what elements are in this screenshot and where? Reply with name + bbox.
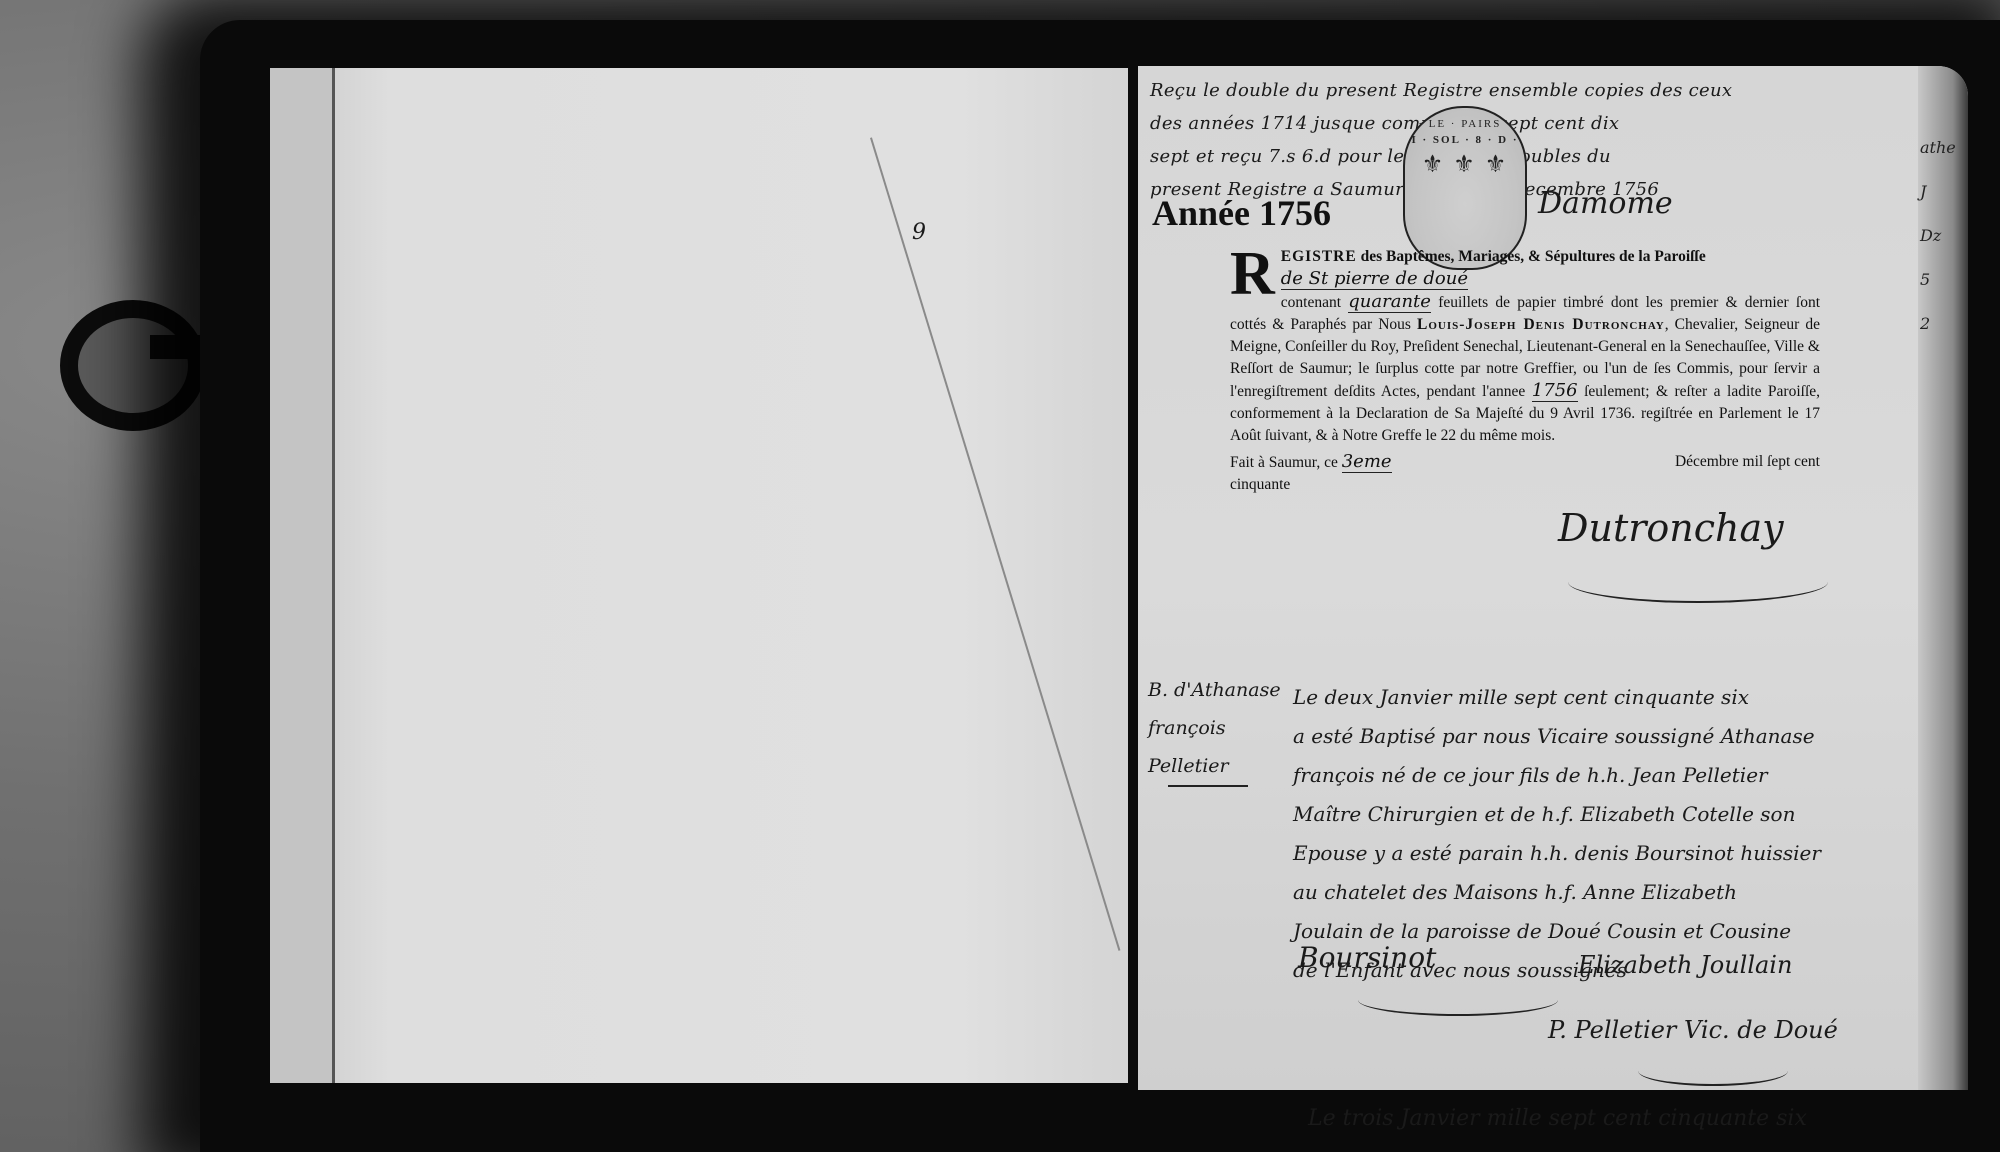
- left-page: 9: [270, 68, 1130, 1083]
- fragment: 5: [1920, 258, 1956, 302]
- priest-signature: P. Pelletier Vic. de Doué: [1548, 1016, 1838, 1044]
- margin-line: françois Pelletier: [1148, 709, 1293, 785]
- priest-flourish: [1638, 1056, 1788, 1086]
- year-heading: Année 1756: [1152, 192, 1331, 234]
- gutter: [1128, 60, 1138, 1090]
- year-label: Année: [1152, 193, 1250, 233]
- year-value: 1756: [1259, 193, 1331, 233]
- month-label: Décembre mil ſept cent: [1675, 451, 1820, 473]
- seneschal-signature: Dutronchay: [1558, 506, 1784, 550]
- fore-edge-fragments: athe J Dz 5 2: [1920, 126, 1956, 346]
- fait-line: Fait à Saumur, ce 3eme Décembre mil ſept…: [1230, 451, 1820, 474]
- day-fill: 3eme: [1342, 451, 1392, 473]
- parish-fill: de St pierre de doué: [1281, 268, 1468, 290]
- dropcap: R: [1230, 248, 1275, 300]
- fragment: athe: [1920, 126, 1956, 170]
- contenant-label: contenant: [1281, 294, 1341, 311]
- fait-label: Fait à Saumur, ce: [1230, 454, 1338, 471]
- stamp-value: I · SOL · 8 · D ·: [1405, 134, 1525, 146]
- fragment: 2: [1920, 302, 1956, 346]
- godfather-signature: Boursinot: [1298, 941, 1436, 974]
- folio-mark: 9: [912, 220, 926, 245]
- deposit-signature: Damome: [1538, 186, 1673, 221]
- left-page-edge: [270, 68, 335, 1083]
- right-page: Reçu le double du present Registre ensem…: [1138, 66, 1968, 1090]
- fragment: J: [1920, 170, 1956, 214]
- pencil-line: [870, 137, 1120, 950]
- fleur-de-lis-icon: ⚜ ⚜ ⚜: [1405, 152, 1525, 178]
- stamp-ring-text: · LE · PAIRS ·: [1405, 118, 1525, 130]
- entry-2-first-line: Le trois Janvier mille sept cent cinquan…: [1308, 1106, 1807, 1131]
- entry-line: Le deux Janvier mille sept cent cinquant…: [1293, 678, 1913, 717]
- entry-line: au chatelet des Maisons h.f. Anne Elizab…: [1293, 873, 1913, 912]
- fragment: Dz: [1920, 214, 1956, 258]
- header-smallcaps: EGISTRE: [1281, 248, 1357, 265]
- official-name: Louis-Joseph Denis Dutronchay: [1417, 316, 1665, 333]
- entry-line: françois né de ce jour fils de h.h. Jean…: [1293, 756, 1913, 795]
- signature-flourish: [1568, 561, 1828, 603]
- entry-line: Epouse y a esté parain h.h. denis Boursi…: [1293, 834, 1913, 873]
- entry-line: a esté Baptisé par nous Vicaire soussign…: [1293, 717, 1913, 756]
- margin-underline: [1168, 785, 1248, 787]
- register-header: R EGISTRE des Baptêmes, Mariages, & Sépu…: [1230, 246, 1820, 496]
- entry-1-margin: B. d'Athanase françois Pelletier: [1148, 671, 1293, 787]
- cinquante-label: cinquante: [1230, 474, 1820, 496]
- deposit-line: sept et reçu 7.s 6.d pour le depot des d…: [1150, 140, 1930, 173]
- deposit-line: Reçu le double du present Registre ensem…: [1150, 74, 1930, 107]
- leaves-fill: quarante: [1348, 291, 1431, 313]
- binding-strap-loop: [60, 300, 206, 431]
- year-fill: 1756: [1532, 380, 1578, 402]
- godmother-signature: Elizabeth Joullain: [1578, 951, 1792, 979]
- deposit-line: des années 1714 jusque compris mil sept …: [1150, 107, 1930, 140]
- entry-line: Maître Chirurgien et de h.f. Elizabeth C…: [1293, 795, 1913, 834]
- godfather-flourish: [1358, 984, 1558, 1016]
- header-line1: des Baptêmes, Mariages, & Sépultures de …: [1357, 248, 1706, 265]
- margin-line: B. d'Athanase: [1148, 671, 1293, 709]
